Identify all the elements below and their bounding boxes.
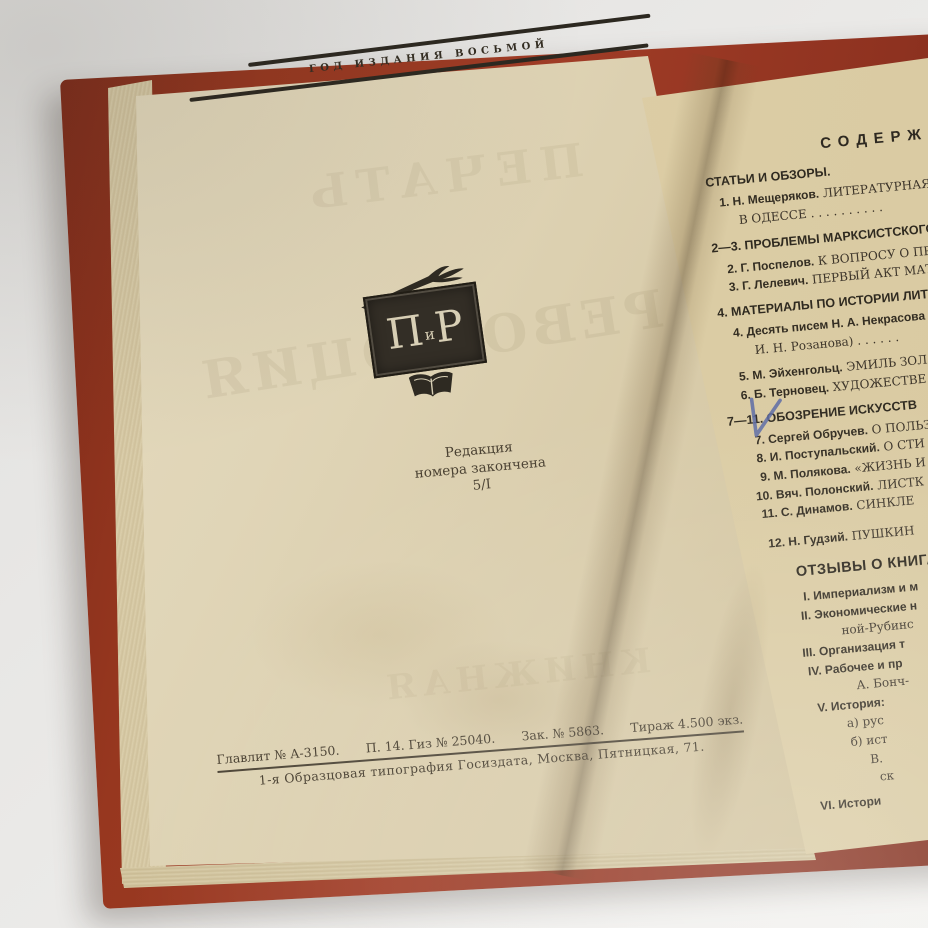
logo-letter: П <box>384 309 426 356</box>
entry-title: а) рус <box>846 713 884 730</box>
publisher-mark: П и Р <box>356 281 507 409</box>
entry-author: 3. Г. Лелевич. <box>728 273 809 294</box>
entry-title: ЛИСТК <box>876 474 924 492</box>
entry-author: V. История: <box>817 694 886 714</box>
entry-title: О ПОЛЬЗЕ <box>871 416 928 436</box>
entry-title: ЭМИЛЬ ЗОЛЯ <box>846 352 928 374</box>
entry-author: 12. Н. Гудзий. <box>768 529 849 550</box>
entry-title: «ЖИЗНЬ И <box>854 455 927 475</box>
book-photo: ПЕЧАТЬ РЕВОЛЮЦИЯ КНИЖНАЯ ГОД ИЗДАНИЯ ВОС… <box>0 0 928 928</box>
entry-title: А. Бонч- <box>856 674 910 693</box>
open-book-icon <box>407 370 457 401</box>
publisher-mark-plate: П и Р <box>363 281 487 378</box>
entry-title: б) ист <box>850 732 888 749</box>
entry-title: ск <box>879 768 894 783</box>
entry-title: ПУШКИН <box>851 523 915 543</box>
entry-title: О СТИ <box>883 436 925 454</box>
entry-title: В. <box>870 751 884 766</box>
entry-author: VI. Истори <box>820 793 882 812</box>
logo-letter: Р <box>432 304 466 350</box>
entry-title: СИНКЛЕ <box>856 493 915 512</box>
toc-entry: VI. Истори <box>820 777 928 814</box>
entry-title: ной-Рубинс <box>841 617 914 638</box>
